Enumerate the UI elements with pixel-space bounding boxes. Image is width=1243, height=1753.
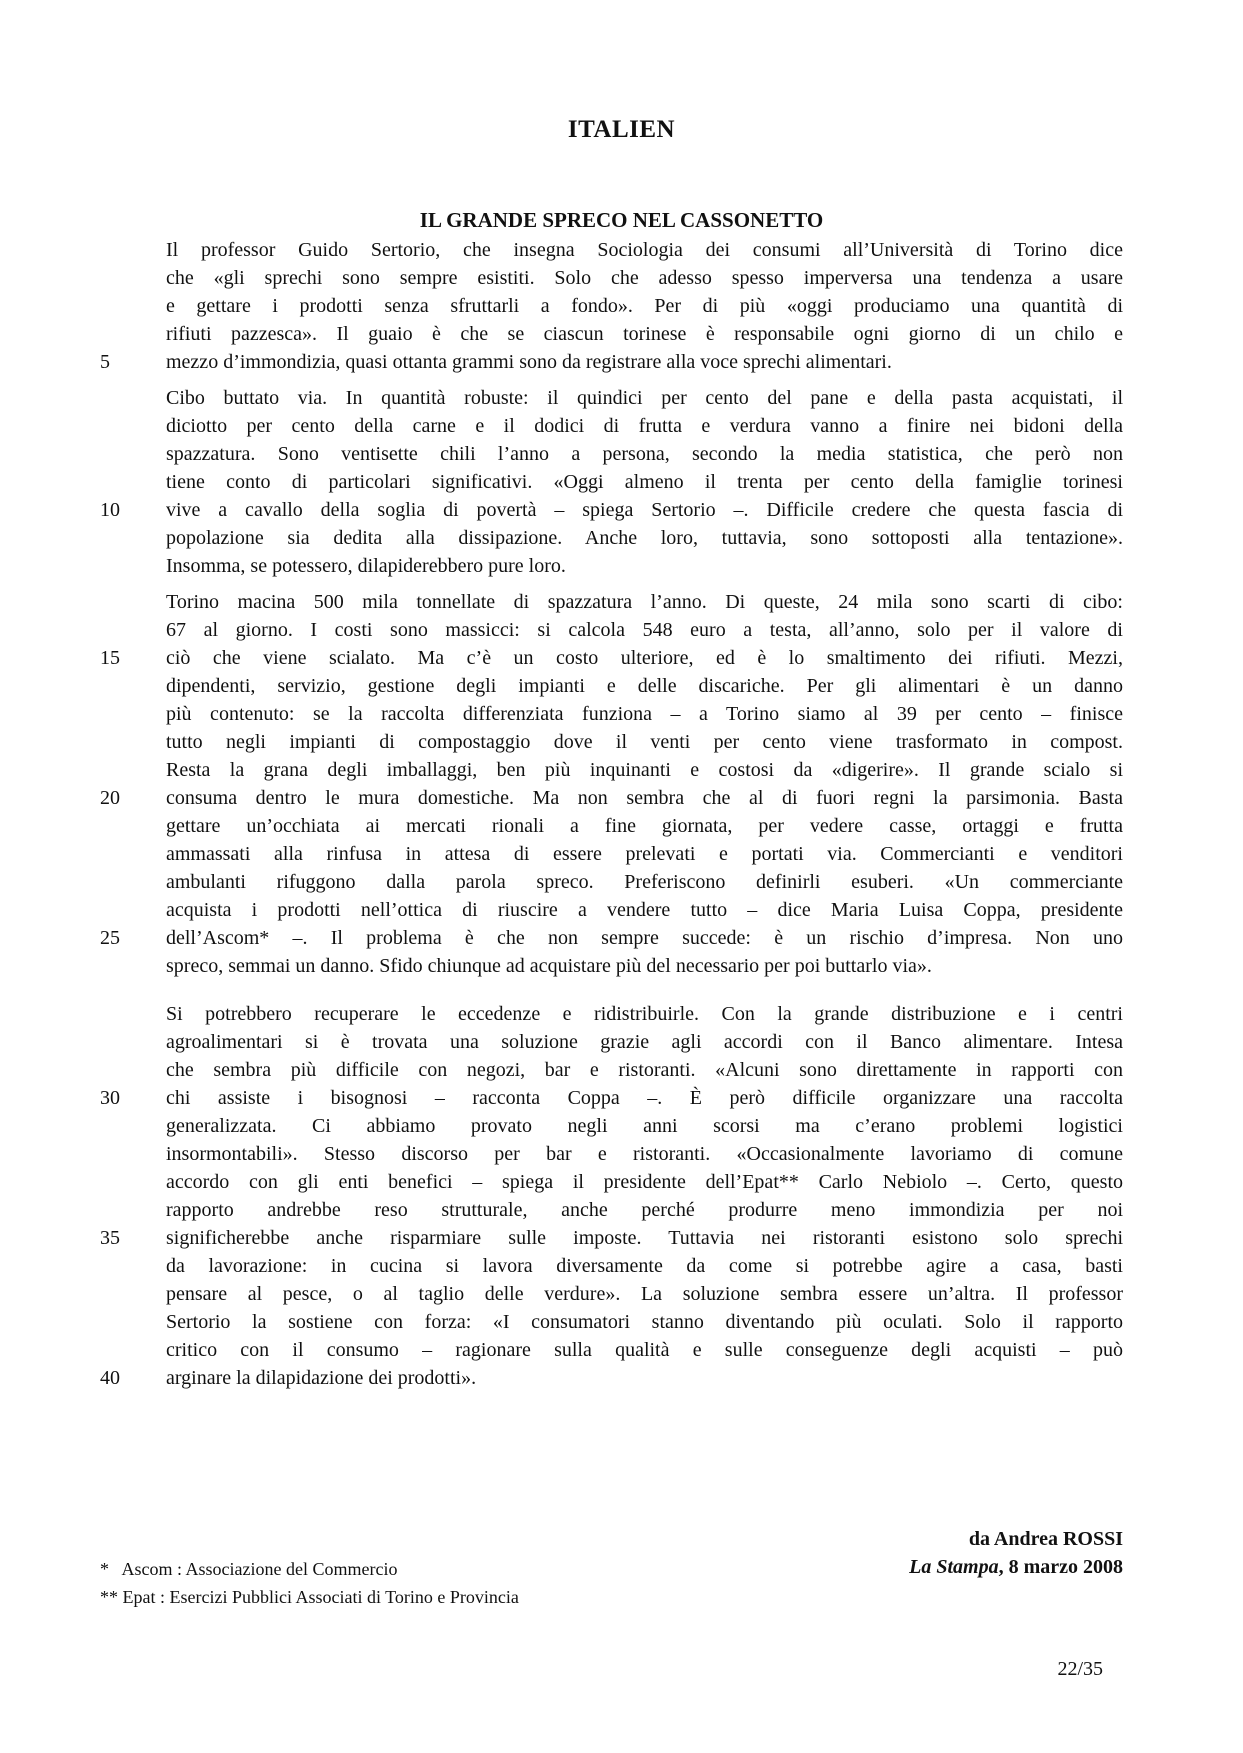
text-line: spazzatura. Sono ventisette chili l’anno… bbox=[166, 440, 1123, 468]
text-line: da lavorazione: in cucina si lavora dive… bbox=[166, 1252, 1123, 1280]
text-line: critico con il consumo – ragionare sulla… bbox=[166, 1336, 1123, 1364]
text-line: gettare un’occhiata ai mercati rionali a… bbox=[166, 812, 1123, 840]
text-line: consuma dentro le mura domestiche. Ma no… bbox=[166, 784, 1123, 812]
text-line: Si potrebbero recuperare le eccedenze e … bbox=[166, 1000, 1123, 1028]
text-line: accordo con gli enti benefici – spiega i… bbox=[166, 1168, 1123, 1196]
text-line: tutto negli impianti di compostaggio dov… bbox=[166, 728, 1123, 756]
text-line: Insomma, se potessero, dilapiderebbero p… bbox=[166, 552, 1123, 580]
source-date: , 8 marzo 2008 bbox=[999, 1556, 1123, 1578]
line-number: 25 bbox=[100, 924, 130, 952]
line-number: 30 bbox=[100, 1084, 130, 1112]
line-number: 10 bbox=[100, 496, 130, 524]
text-line: Sertorio la sostiene con forza: «I consu… bbox=[166, 1308, 1123, 1336]
text-line: significherebbe anche risparmiare sulle … bbox=[166, 1224, 1123, 1252]
source-line: La Stampa, 8 marzo 2008 bbox=[909, 1556, 1123, 1579]
text-line: 67 al giorno. I costi sono massicci: si … bbox=[166, 616, 1123, 644]
text-line: vive a cavallo della soglia di povertà –… bbox=[166, 496, 1123, 524]
source-name: La Stampa bbox=[909, 1556, 998, 1578]
text-line: mezzo d’immondizia, quasi ottanta grammi… bbox=[166, 348, 1123, 376]
page-header: ITALIEN bbox=[0, 116, 1243, 144]
text-line: e gettare i prodotti senza sfruttarli a … bbox=[166, 292, 1123, 320]
page-number: 22/35 bbox=[1057, 1658, 1103, 1681]
text-line: ammassati alla rinfusa in attesa di esse… bbox=[166, 840, 1123, 868]
line-number: 5 bbox=[100, 348, 130, 376]
text-line: arginare la dilapidazione dei prodotti». bbox=[166, 1364, 1123, 1392]
text-line: che «gli sprechi sono sempre esistiti. S… bbox=[166, 264, 1123, 292]
text-line: popolazione sia dedita alla dissipazione… bbox=[166, 524, 1123, 552]
text-line: dipendenti, servizio, gestione degli imp… bbox=[166, 672, 1123, 700]
text-line: Torino macina 500 mila tonnellate di spa… bbox=[166, 588, 1123, 616]
text-line: rifiuti pazzesca». Il guaio è che se cia… bbox=[166, 320, 1123, 348]
text-line: più contenuto: se la raccolta differenzi… bbox=[166, 700, 1123, 728]
text-line: Il professor Guido Sertorio, che insegna… bbox=[166, 236, 1123, 264]
document-page: ITALIEN IL GRANDE SPRECO NEL CASSONETTO … bbox=[0, 0, 1243, 1753]
text-line: diciotto per cento della carne e il dodi… bbox=[166, 412, 1123, 440]
line-number: 15 bbox=[100, 644, 130, 672]
footnote-epat: ** Epat : Esercizi Pubblici Associati di… bbox=[100, 1585, 519, 1609]
text-line: ambulanti rifuggono dalla parola spreco.… bbox=[166, 868, 1123, 896]
author-signature: da Andrea ROSSI bbox=[969, 1528, 1123, 1551]
footnote-ascom: * Ascom : Associazione del Commercio bbox=[100, 1557, 397, 1581]
text-line: insormontabili». Stesso discorso per bar… bbox=[166, 1140, 1123, 1168]
text-line: che sembra più difficile con negozi, bar… bbox=[166, 1056, 1123, 1084]
text-line: Resta la grana degli imballaggi, ben più… bbox=[166, 756, 1123, 784]
text-line: rapporto andrebbe reso strutturale, anch… bbox=[166, 1196, 1123, 1224]
text-line: chi assiste i bisognosi – racconta Coppa… bbox=[166, 1084, 1123, 1112]
text-line: acquista i prodotti nell’ottica di riusc… bbox=[166, 896, 1123, 924]
text-line: generalizzata. Ci abbiamo provato negli … bbox=[166, 1112, 1123, 1140]
line-number: 20 bbox=[100, 784, 130, 812]
text-line: tiene conto di particolari significativi… bbox=[166, 468, 1123, 496]
article-title: IL GRANDE SPRECO NEL CASSONETTO bbox=[0, 208, 1243, 233]
text-line: agroalimentari si è trovata una soluzion… bbox=[166, 1028, 1123, 1056]
line-number: 35 bbox=[100, 1224, 130, 1252]
text-line: dell’Ascom* –. Il problema è che non sem… bbox=[166, 924, 1123, 952]
text-line: ciò che viene scialato. Ma c’è un costo … bbox=[166, 644, 1123, 672]
text-line: spreco, semmai un danno. Sfido chiunque … bbox=[166, 952, 1123, 980]
text-line: pensare al pesce, o al taglio delle verd… bbox=[166, 1280, 1123, 1308]
text-line: Cibo buttato via. In quantità robuste: i… bbox=[166, 384, 1123, 412]
line-number: 40 bbox=[100, 1364, 130, 1392]
